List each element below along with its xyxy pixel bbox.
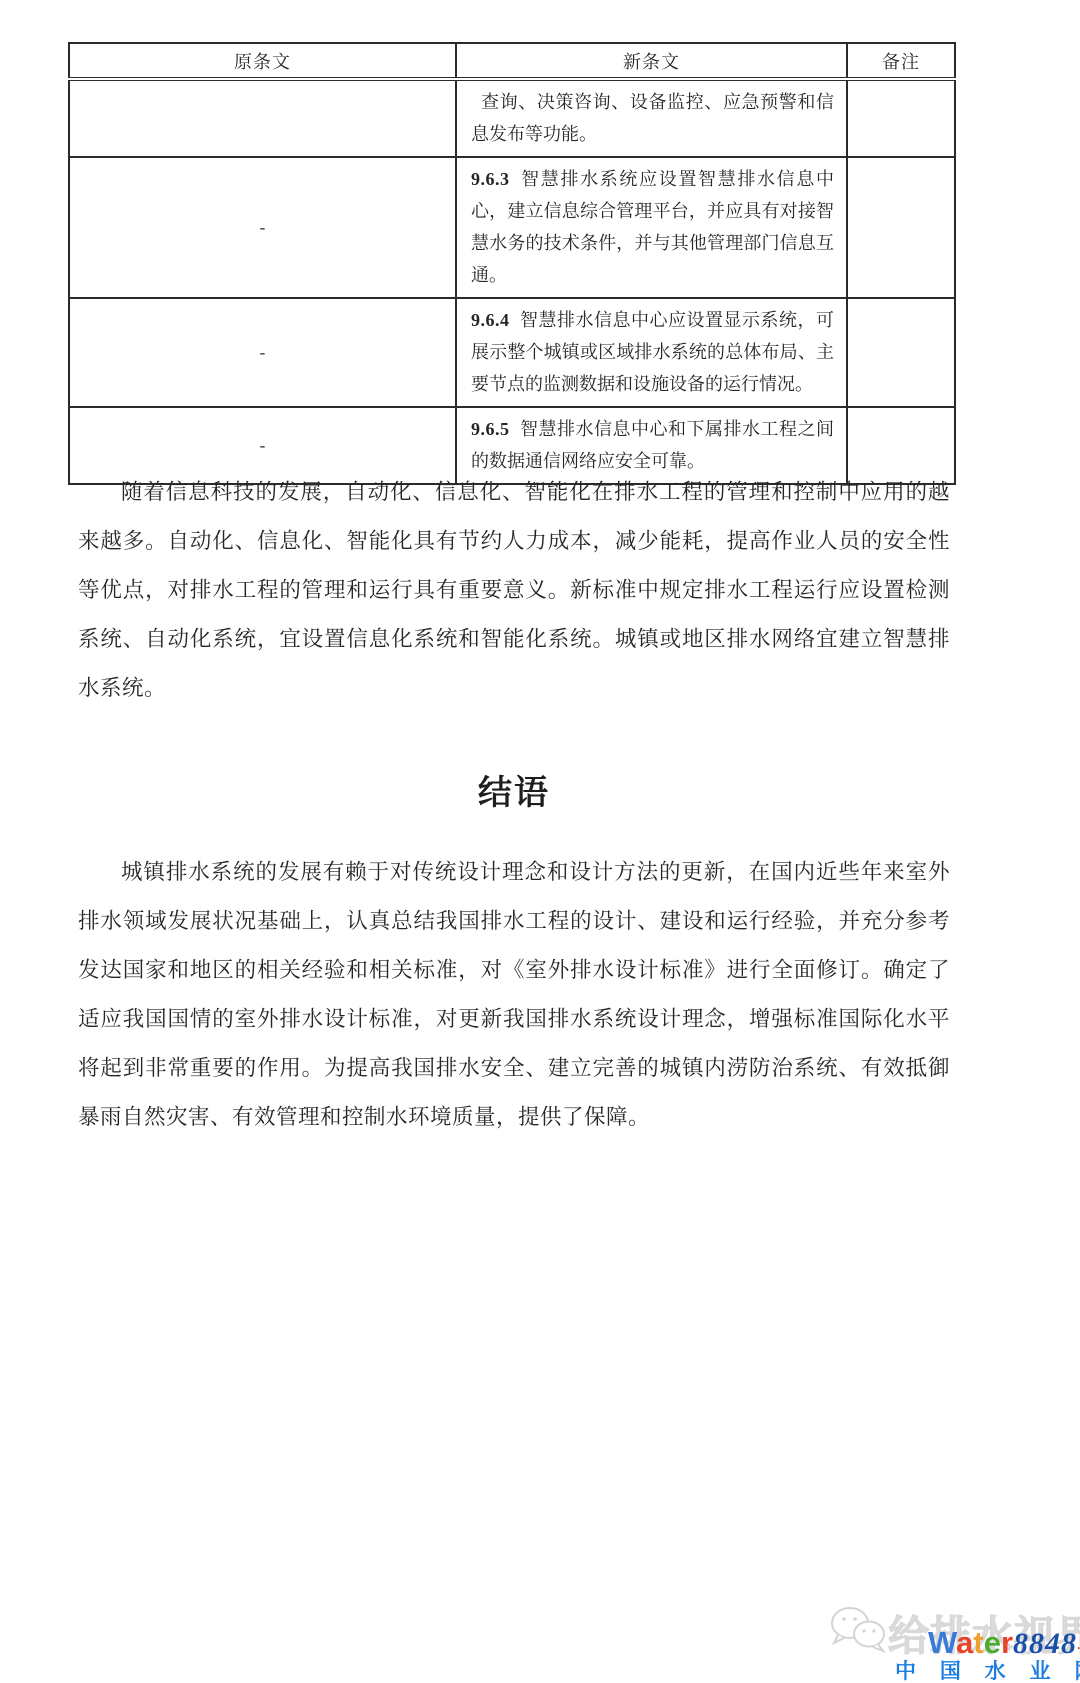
paragraph-conclusion: 城镇排水系统的发展有赖于对传统设计理念和设计方法的更新，在国内近些年来室外排水领…: [78, 848, 950, 1142]
document-body: 随着信息科技的发展，自动化、信息化、智能化在排水工程的管理和控制中应用的越来越多…: [78, 468, 950, 1142]
clause-comparison-table: 原条文 新条文 备注 查询、决策咨询、设备监控、应急预警和信息发布等功能。 - …: [68, 42, 956, 485]
logo-letter: e: [984, 1625, 1001, 1660]
clause-number: 9.6.5: [471, 419, 510, 439]
clause-number: 9.6.3: [471, 169, 510, 189]
header-new-clause: 新条文: [456, 43, 847, 79]
wechat-bubbles-icon: [828, 1601, 890, 1662]
cell-note: [847, 79, 955, 157]
logo-letter: r: [1001, 1625, 1013, 1660]
clause-text: 查询、决策咨询、设备监控、应急预警和信息发布等功能。: [471, 92, 834, 144]
conclusion-heading: 结语: [78, 765, 950, 814]
cell-new-clause: 9.6.3智慧排水系统应设置智慧排水信息中心，建立信息综合管理平台，并应具有对接…: [456, 157, 847, 298]
logo-letter: t: [973, 1625, 983, 1660]
water8848-logo: Water8848.com: [928, 1625, 1080, 1661]
table-row: 查询、决策咨询、设备监控、应急预警和信息发布等功能。: [69, 79, 955, 157]
clause-text: 智慧排水信息中心和下属排水工程之间的数据通信网络应安全可靠。: [471, 419, 834, 471]
paragraph-discussion: 随着信息科技的发展，自动化、信息化、智能化在排水工程的管理和控制中应用的越来越多…: [78, 468, 950, 713]
header-note: 备注: [847, 43, 955, 79]
cell-original: -: [69, 157, 456, 298]
logo-number: 8848: [1013, 1627, 1077, 1660]
logo-letter: W: [928, 1625, 956, 1660]
logo-subtitle: 中 国 水 业 网: [895, 1655, 1080, 1683]
header-original-clause: 原条文: [69, 43, 456, 79]
document-page: { "table": { "headers": ["原条文", "新条文", "…: [0, 0, 1080, 1683]
cell-original: -: [69, 298, 456, 407]
logo-letter: a: [956, 1625, 973, 1660]
cell-original: [69, 79, 456, 157]
watermark-cluster: 给排水视界 Water8848.com 中 国 水 业 网: [820, 1593, 1080, 1683]
table-row: - 9.6.3智慧排水系统应设置智慧排水信息中心，建立信息综合管理平台，并应具有…: [69, 157, 955, 298]
brand-watermark-text: 给排水视界: [888, 1603, 1080, 1662]
cell-new-clause: 9.6.4智慧排水信息中心应设置显示系统，可展示整个城镇或区域排水系统的总体布局…: [456, 298, 847, 407]
cell-note: [847, 298, 955, 407]
cell-note: [847, 157, 955, 298]
clause-text: 智慧排水信息中心应设置显示系统，可展示整个城镇或区域排水系统的总体布局、主要节点…: [471, 310, 834, 394]
clause-text: 智慧排水系统应设置智慧排水信息中心，建立信息综合管理平台，并应具有对接智慧水务的…: [471, 169, 834, 285]
clause-number: 9.6.4: [471, 310, 510, 330]
table-row: - 9.6.4智慧排水信息中心应设置显示系统，可展示整个城镇或区域排水系统的总体…: [69, 298, 955, 407]
table-header-row: 原条文 新条文 备注: [69, 43, 955, 79]
cell-new-clause: 查询、决策咨询、设备监控、应急预警和信息发布等功能。: [456, 79, 847, 157]
